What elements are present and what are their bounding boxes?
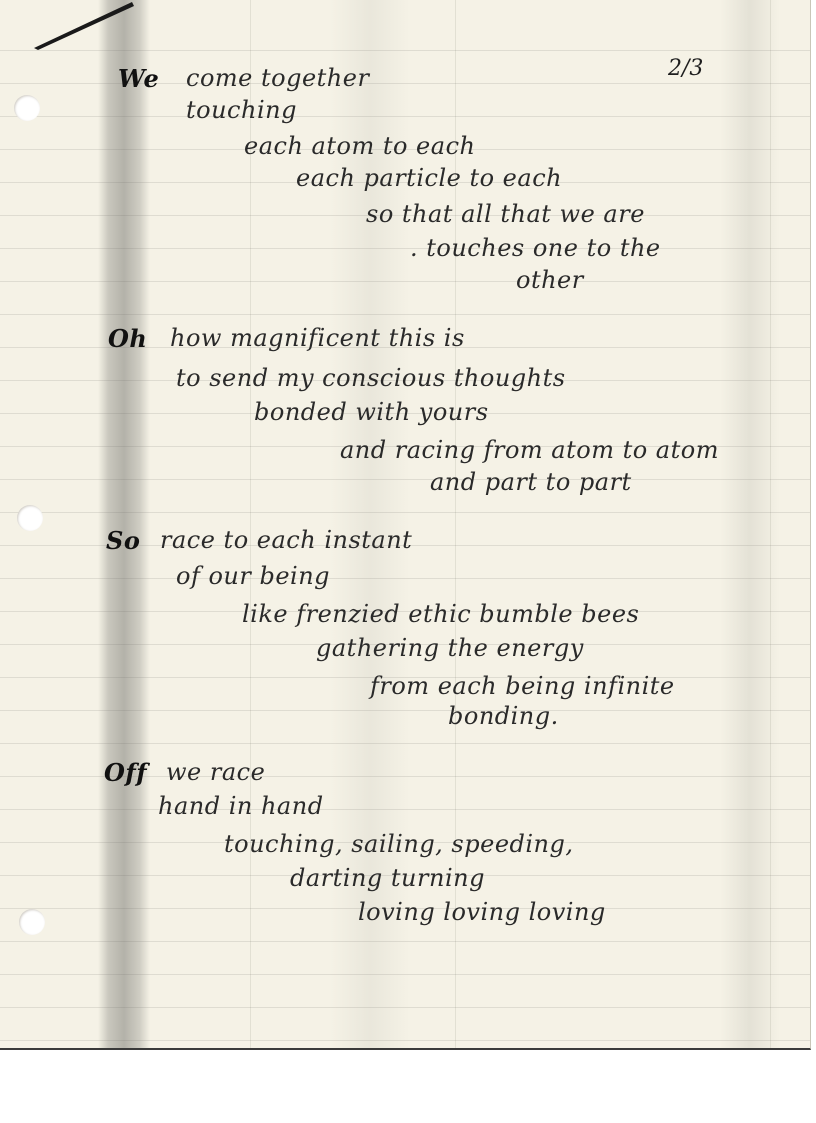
- poem-line: loving loving loving: [358, 898, 606, 926]
- stanza-lead-word: Oh: [108, 324, 147, 353]
- poem-line: how magnificent this is: [170, 324, 465, 352]
- poem-line: race to each instant: [160, 526, 412, 554]
- poem-line: bonded with yours: [254, 398, 489, 426]
- stanza-lead-word: So: [106, 526, 140, 555]
- scan-shadow-band: [98, 0, 150, 1048]
- poem-line: darting turning: [290, 864, 485, 892]
- stanza-lead-word: Off: [104, 758, 147, 787]
- poem-line: and racing from atom to atom: [340, 436, 719, 464]
- poem-line: we race: [166, 758, 265, 786]
- poem-line: other: [516, 266, 584, 294]
- paper-page: 2/3 Wecome togethertouchingeach atom to …: [0, 0, 811, 1050]
- poem-line: touching: [186, 96, 297, 124]
- poem-line: to send my conscious thoughts: [176, 364, 566, 392]
- poem-line: . touches one to the: [410, 234, 661, 262]
- poem-line: each atom to each: [244, 132, 475, 160]
- poem-line: each particle to each: [296, 164, 562, 192]
- poem-line: like frenzied ethic bumble bees: [242, 600, 639, 628]
- poem-line: and part to part: [430, 468, 632, 496]
- page-number: 2/3: [668, 56, 703, 81]
- poem-line: touching, sailing, speeding,: [224, 830, 574, 858]
- pen-stroke-mark: [34, 0, 134, 50]
- stanza-lead-word: We: [118, 64, 159, 93]
- poem-line: from each being infinite: [370, 672, 675, 700]
- hole-punch-bottom: [19, 909, 45, 935]
- poem-line: of our being: [176, 562, 330, 590]
- poem-line: hand in hand: [158, 792, 324, 820]
- poem-line: come together: [186, 64, 369, 92]
- hole-punch-top: [14, 95, 40, 121]
- poem-line: bonding.: [448, 702, 559, 730]
- poem-line: so that all that we are: [366, 200, 645, 228]
- scan-smudge: [720, 0, 780, 1048]
- poem-line: gathering the energy: [316, 634, 584, 662]
- hole-punch-middle: [17, 505, 43, 531]
